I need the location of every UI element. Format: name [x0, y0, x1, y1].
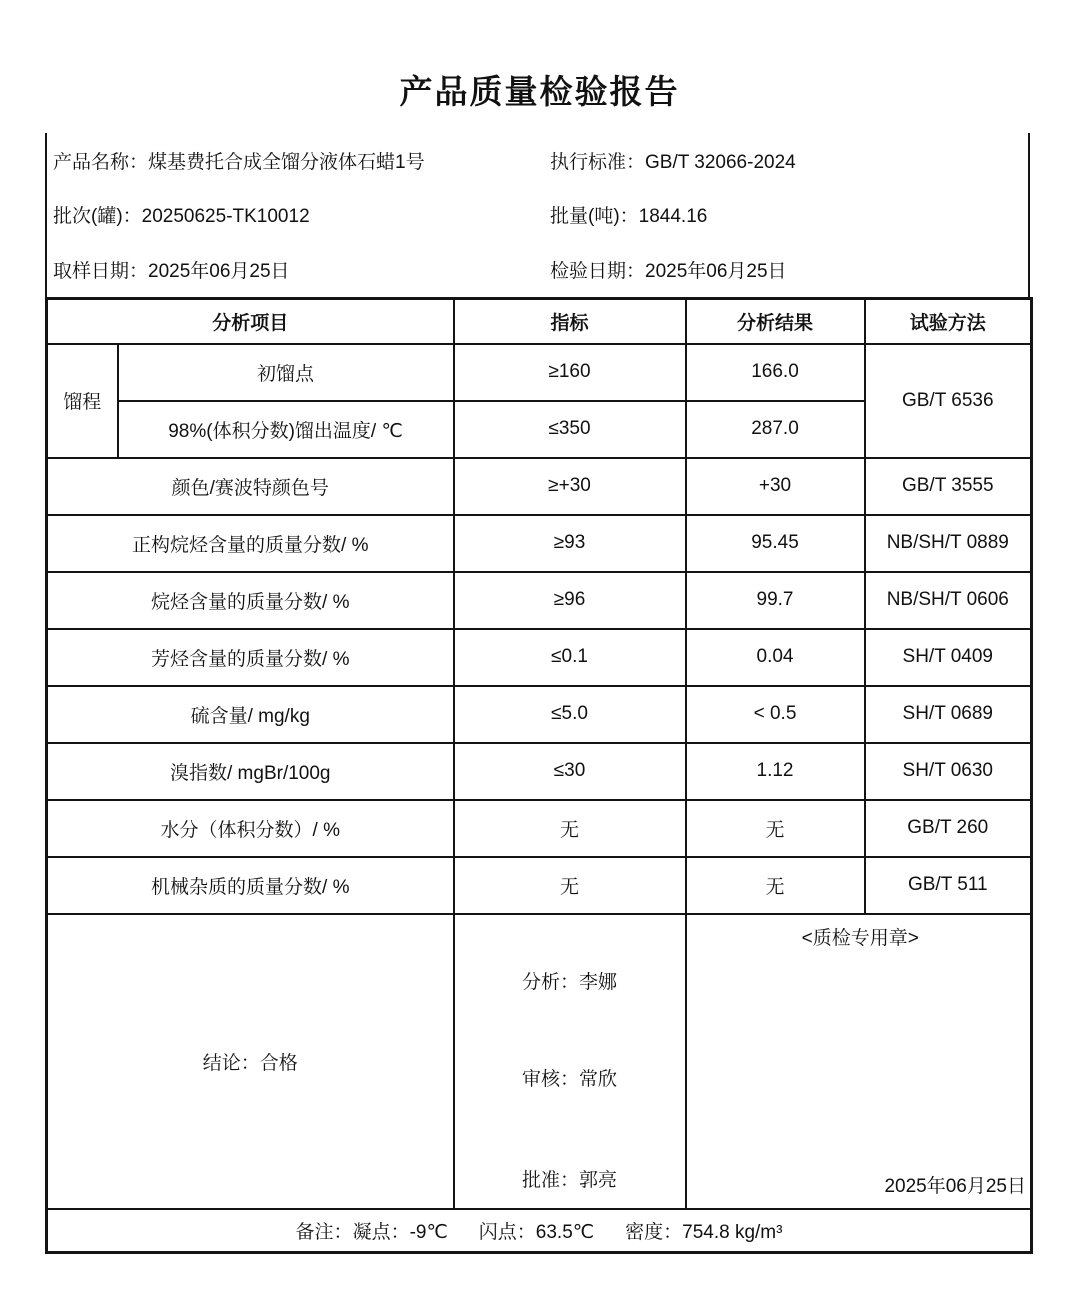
standard-field: 执行标准：GB/T 32066-2024 — [550, 147, 1028, 174]
method-cell: GB/T 511 — [865, 857, 1032, 914]
info-row-batch: 批次(罐)：20250625-TK10012 批量(吨)：1844.16 — [47, 201, 1028, 228]
conclusion-label: 结论： — [203, 1053, 260, 1074]
info-row-product: 产品名称：煤基费托合成全馏分液体石蜡1号 执行标准：GB/T 32066-202… — [47, 147, 1028, 174]
remark-cell: 备注：凝点：-9℃闪点：63.5℃密度：754.8 kg/m³ — [47, 1209, 1032, 1253]
header-result-cell: 分析结果 — [686, 299, 865, 344]
table-row: 硫含量/ mg/kg ≤5.0 < 0.5 SH/T 0689 — [47, 686, 1032, 743]
seal-area: <质检专用章> 2025年06月25日 — [687, 917, 1031, 1206]
batch-qty-label: 批量(吨)： — [550, 206, 639, 227]
header-method-cell: 试验方法 — [865, 299, 1032, 344]
item-cell: 芳烃含量的质量分数/ % — [47, 629, 454, 686]
table-row: 正构烷烃含量的质量分数/ % ≥93 95.45 NB/SH/T 0889 — [47, 515, 1032, 572]
item-cell: 初馏点 — [118, 344, 454, 401]
spec-cell: 无 — [454, 800, 686, 857]
analyst-name: 李娜 — [579, 972, 617, 993]
inspection-date-field: 检验日期：2025年06月25日 — [550, 256, 1028, 283]
result-cell: < 0.5 — [686, 686, 865, 743]
reviewer-name: 常欣 — [579, 1069, 617, 1090]
seal-cell: <质检专用章> 2025年06月25日 — [686, 914, 1032, 1209]
method-cell: NB/SH/T 0606 — [865, 572, 1032, 629]
approver-name: 郭亮 — [579, 1170, 617, 1191]
method-cell: SH/T 0689 — [865, 686, 1032, 743]
header-spec-cell: 指标 — [454, 299, 686, 344]
spec-cell: ≥93 — [454, 515, 686, 572]
report-title: 产品质量检验报告 — [0, 66, 1079, 113]
qc-seal-placeholder: <质检专用章> — [687, 917, 1031, 950]
spec-cell: ≥+30 — [454, 458, 686, 515]
table-row: 机械杂质的质量分数/ % 无 无 GB/T 511 — [47, 857, 1032, 914]
inspection-date-value: 2025年06月25日 — [645, 261, 787, 282]
reviewer-label: 审核： — [522, 1069, 579, 1090]
group-label-cell: 馏程 — [47, 344, 118, 458]
conclusion-value: 合格 — [260, 1053, 298, 1074]
approver-label: 批准： — [522, 1170, 579, 1191]
item-cell: 正构烷烃含量的质量分数/ % — [47, 515, 454, 572]
result-cell: 无 — [686, 800, 865, 857]
signatures-cell: 分析：李娜 审核：常欣 批准：郭亮 — [454, 914, 686, 1209]
item-cell: 98%(体积分数)馏出温度/ ℃ — [118, 401, 454, 458]
spec-cell: ≤30 — [454, 743, 686, 800]
batch-qty-value: 1844.16 — [639, 206, 708, 227]
method-cell: GB/T 260 — [865, 800, 1032, 857]
remark-label: 备注： — [296, 1222, 353, 1243]
method-cell: GB/T 6536 — [865, 344, 1032, 458]
sampling-date-value: 2025年06月25日 — [148, 261, 290, 282]
analyst-label: 分析： — [522, 972, 579, 993]
reviewer-signature: 审核：常欣 — [455, 1064, 685, 1091]
approver-signature: 批准：郭亮 — [455, 1165, 685, 1192]
inspection-date-label: 检验日期： — [550, 261, 645, 282]
product-name-value: 煤基费托合成全馏分液体石蜡1号 — [148, 152, 425, 173]
item-cell: 水分（体积分数）/ % — [47, 800, 454, 857]
analysis-table: 分析项目 指标 分析结果 试验方法 馏程 初馏点 ≥160 166.0 GB/T… — [45, 297, 1033, 1254]
batch-no-field: 批次(罐)：20250625-TK10012 — [47, 201, 550, 228]
conclusion-cell: 结论：合格 — [47, 914, 454, 1209]
sampling-date-label: 取样日期： — [53, 261, 148, 282]
freezing-point-value: 凝点：-9℃ — [353, 1222, 448, 1243]
table-row: 颜色/赛波特颜色号 ≥+30 +30 GB/T 3555 — [47, 458, 1032, 515]
item-cell: 烷烃含量的质量分数/ % — [47, 572, 454, 629]
seal-date: 2025年06月25日 — [884, 1171, 1026, 1198]
result-cell: +30 — [686, 458, 865, 515]
method-cell: SH/T 0409 — [865, 629, 1032, 686]
batch-no-value: 20250625-TK10012 — [142, 206, 310, 227]
result-cell: 0.04 — [686, 629, 865, 686]
result-cell: 1.12 — [686, 743, 865, 800]
sampling-date-field: 取样日期：2025年06月25日 — [47, 256, 550, 283]
spec-cell: ≤350 — [454, 401, 686, 458]
spec-cell: ≤0.1 — [454, 629, 686, 686]
table-row: 烷烃含量的质量分数/ % ≥96 99.7 NB/SH/T 0606 — [47, 572, 1032, 629]
conclusion-row: 结论：合格 分析：李娜 审核：常欣 批准：郭亮 <质检专用章> 2025年06月… — [47, 914, 1032, 1209]
result-cell: 287.0 — [686, 401, 865, 458]
table-row: 溴指数/ mgBr/100g ≤30 1.12 SH/T 0630 — [47, 743, 1032, 800]
method-cell: SH/T 0630 — [865, 743, 1032, 800]
product-name-label: 产品名称： — [53, 152, 148, 173]
result-cell: 166.0 — [686, 344, 865, 401]
batch-no-label: 批次(罐)： — [53, 206, 142, 227]
item-cell: 硫含量/ mg/kg — [47, 686, 454, 743]
spec-cell: ≥160 — [454, 344, 686, 401]
report-info-section: 产品名称：煤基费托合成全馏分液体石蜡1号 执行标准：GB/T 32066-202… — [45, 133, 1030, 297]
product-name-field: 产品名称：煤基费托合成全馏分液体石蜡1号 — [47, 147, 550, 174]
table-header-row: 分析项目 指标 分析结果 试验方法 — [47, 299, 1032, 344]
spec-cell: ≤5.0 — [454, 686, 686, 743]
flash-point-value: 闪点：63.5℃ — [479, 1222, 594, 1243]
spec-cell: 无 — [454, 857, 686, 914]
result-cell: 95.45 — [686, 515, 865, 572]
density-value: 密度：754.8 kg/m³ — [625, 1222, 782, 1243]
table-row: 馏程 初馏点 ≥160 166.0 GB/T 6536 — [47, 344, 1032, 401]
item-cell: 溴指数/ mgBr/100g — [47, 743, 454, 800]
header-item-cell: 分析项目 — [47, 299, 454, 344]
batch-qty-field: 批量(吨)：1844.16 — [550, 201, 1028, 228]
method-cell: NB/SH/T 0889 — [865, 515, 1032, 572]
item-cell: 颜色/赛波特颜色号 — [47, 458, 454, 515]
remark-row: 备注：凝点：-9℃闪点：63.5℃密度：754.8 kg/m³ — [47, 1209, 1032, 1253]
table-row: 水分（体积分数）/ % 无 无 GB/T 260 — [47, 800, 1032, 857]
table-row: 芳烃含量的质量分数/ % ≤0.1 0.04 SH/T 0409 — [47, 629, 1032, 686]
result-cell: 99.7 — [686, 572, 865, 629]
analyst-signature: 分析：李娜 — [455, 967, 685, 994]
result-cell: 无 — [686, 857, 865, 914]
item-cell: 机械杂质的质量分数/ % — [47, 857, 454, 914]
info-row-dates: 取样日期：2025年06月25日 检验日期：2025年06月25日 — [47, 256, 1028, 283]
standard-label: 执行标准： — [550, 152, 645, 173]
standard-value: GB/T 32066-2024 — [645, 152, 796, 173]
method-cell: GB/T 3555 — [865, 458, 1032, 515]
spec-cell: ≥96 — [454, 572, 686, 629]
